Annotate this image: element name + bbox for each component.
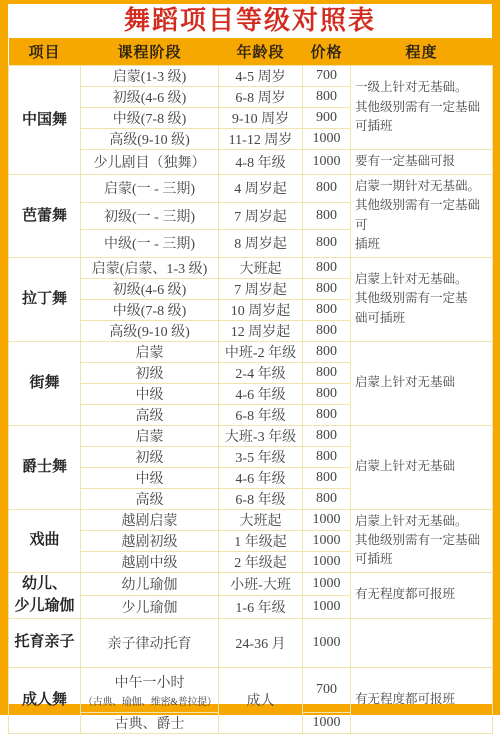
- level-cell: 要有一定基础可报: [351, 150, 493, 175]
- stage-cell: 中级: [81, 467, 219, 488]
- project-cell: 拉丁舞: [9, 257, 81, 341]
- age-cell: 中班-2 年级: [219, 341, 303, 362]
- age-cell: 6-8 年级: [219, 488, 303, 509]
- price-cell: 800: [303, 87, 351, 108]
- table-row: 街舞启蒙中班-2 年级800启蒙上针对无基础: [9, 341, 493, 362]
- age-cell: 4-6 年级: [219, 383, 303, 404]
- price-cell: 800: [303, 362, 351, 383]
- stage-cell: 少儿瑜伽: [81, 595, 219, 618]
- level-cell: 启蒙上针对无基础。 其他级别需有一定基 础可插班: [351, 257, 493, 341]
- column-header: 价格: [303, 38, 351, 66]
- price-cell: 1000: [303, 150, 351, 175]
- poster-frame: 舞蹈项目等级对照表 项目课程阶段年龄段价格程度 中国舞启蒙(1-3 级)4-5 …: [0, 0, 500, 715]
- price-cell: 1000: [303, 618, 351, 667]
- age-cell: 1-6 年级: [219, 595, 303, 618]
- column-header: 程度: [351, 38, 493, 66]
- price-cell: 800: [303, 299, 351, 320]
- price-cell: 800: [303, 202, 351, 230]
- age-cell: 12 周岁起: [219, 320, 303, 341]
- price-cell: 800: [303, 383, 351, 404]
- age-cell: 成人: [219, 667, 303, 733]
- price-cell: 800: [303, 467, 351, 488]
- age-cell: 大班-3 年级: [219, 425, 303, 446]
- project-cell: 成人舞: [9, 667, 81, 733]
- project-cell: 街舞: [9, 341, 81, 425]
- column-header: 年龄段: [219, 38, 303, 66]
- table-row: 爵士舞启蒙大班-3 年级800启蒙上针对无基础: [9, 425, 493, 446]
- age-cell: 2-4 年级: [219, 362, 303, 383]
- stage-cell: 越剧中级: [81, 551, 219, 572]
- age-cell: 4 周岁起: [219, 175, 303, 203]
- age-cell: 大班起: [219, 257, 303, 278]
- price-cell: 800: [303, 230, 351, 258]
- age-cell: 7 周岁起: [219, 202, 303, 230]
- price-cell: 1000: [303, 572, 351, 595]
- level-cell: 启蒙上针对无基础: [351, 425, 493, 509]
- age-cell: 11-12 周岁: [219, 129, 303, 150]
- table-row: 芭蕾舞启蒙(一 - 三期)4 周岁起800启蒙一期针对无基础。 其他级别需有一定…: [9, 175, 493, 203]
- project-cell: 爵士舞: [9, 425, 81, 509]
- price-cell: 800: [303, 341, 351, 362]
- age-cell: 4-5 周岁: [219, 66, 303, 87]
- price-cell: 900: [303, 108, 351, 129]
- stage-cell: 启蒙(1-3 级): [81, 66, 219, 87]
- age-cell: 6-8 年级: [219, 404, 303, 425]
- level-cell: [351, 618, 493, 667]
- price-cell: 700: [303, 667, 351, 712]
- table-row: 少儿剧目（独舞）4-8 年级1000要有一定基础可报: [9, 150, 493, 175]
- age-cell: 3-5 年级: [219, 446, 303, 467]
- age-cell: 小班-大班: [219, 572, 303, 595]
- price-cell: 800: [303, 320, 351, 341]
- stage-cell: 高级(9-10 级): [81, 320, 219, 341]
- price-cell: 1000: [303, 129, 351, 150]
- price-cell: 1000: [303, 509, 351, 530]
- column-header: 课程阶段: [81, 38, 219, 66]
- table-row: 拉丁舞启蒙(启蒙、1-3 级)大班起800启蒙上针对无基础。 其他级别需有一定基…: [9, 257, 493, 278]
- stage-cell: 启蒙(一 - 三期): [81, 175, 219, 203]
- price-cell: 800: [303, 257, 351, 278]
- level-cell: 启蒙上针对无基础: [351, 341, 493, 425]
- stage-cell: 亲子律动托育: [81, 618, 219, 667]
- price-cell: 800: [303, 278, 351, 299]
- age-cell: 24-36 月: [219, 618, 303, 667]
- stage-cell: 越剧初级: [81, 530, 219, 551]
- price-cell: 800: [303, 446, 351, 467]
- stage-cell: 幼儿瑜伽: [81, 572, 219, 595]
- price-cell: 1000: [303, 551, 351, 572]
- stage-cell: 古典、爵士: [81, 712, 219, 733]
- stage-cell: 初级(一 - 三期): [81, 202, 219, 230]
- stage-cell: 中级(7-8 级): [81, 299, 219, 320]
- age-cell: 9-10 周岁: [219, 108, 303, 129]
- price-cell: 800: [303, 488, 351, 509]
- level-cell: 启蒙上针对无基础。 其他级别需有一定基础 可插班: [351, 509, 493, 572]
- stage-cell: 高级: [81, 404, 219, 425]
- age-cell: 7 周岁起: [219, 278, 303, 299]
- price-cell: 700: [303, 66, 351, 87]
- levels-table: 项目课程阶段年龄段价格程度 中国舞启蒙(1-3 级)4-5 周岁700一级上针对…: [8, 38, 493, 734]
- table-row: 成人舞中午一小时（古典、瑜伽、维密&普拉提）成人700有无程度都可报班: [9, 667, 493, 712]
- stage-cell: 启蒙: [81, 425, 219, 446]
- stage-cell: 高级(9-10 级): [81, 129, 219, 150]
- price-cell: 800: [303, 425, 351, 446]
- stage-cell: 初级: [81, 362, 219, 383]
- age-cell: 1 年级起: [219, 530, 303, 551]
- stage-cell: 初级(4-6 级): [81, 278, 219, 299]
- project-cell: 中国舞: [9, 66, 81, 175]
- price-cell: 800: [303, 175, 351, 203]
- stage-cell: 中级(7-8 级): [81, 108, 219, 129]
- table-header-row: 项目课程阶段年龄段价格程度: [9, 38, 493, 66]
- age-cell: 10 周岁起: [219, 299, 303, 320]
- stage-main: 中午一小时: [115, 676, 185, 691]
- age-cell: 8 周岁起: [219, 230, 303, 258]
- price-cell: 800: [303, 404, 351, 425]
- project-cell: 戏曲: [9, 509, 81, 572]
- stage-cell: 中午一小时（古典、瑜伽、维密&普拉提）: [81, 667, 219, 712]
- level-cell: 有无程度都可报班: [351, 572, 493, 618]
- column-header: 项目: [9, 38, 81, 66]
- age-cell: 6-8 周岁: [219, 87, 303, 108]
- age-cell: 4-8 年级: [219, 150, 303, 175]
- stage-cell: 高级: [81, 488, 219, 509]
- project-cell: 芭蕾舞: [9, 175, 81, 258]
- project-cell: 托育亲子: [9, 618, 81, 667]
- age-cell: 2 年级起: [219, 551, 303, 572]
- table-row: 托育亲子亲子律动托育24-36 月1000: [9, 618, 493, 667]
- page-title: 舞蹈项目等级对照表: [8, 4, 492, 38]
- stage-cell: 初级: [81, 446, 219, 467]
- project-cell: 幼儿、 少儿瑜伽: [9, 572, 81, 618]
- age-cell: 4-6 年级: [219, 467, 303, 488]
- level-cell: 一级上针对无基础。 其他级别需有一定基础 可插班: [351, 66, 493, 150]
- level-cell: 启蒙一期针对无基础。 其他级别需有一定基础可 插班: [351, 175, 493, 258]
- stage-cell: 启蒙(启蒙、1-3 级): [81, 257, 219, 278]
- level-cell: 有无程度都可报班: [351, 667, 493, 733]
- table-row: 戏曲越剧启蒙大班起1000启蒙上针对无基础。 其他级别需有一定基础 可插班: [9, 509, 493, 530]
- price-cell: 1000: [303, 595, 351, 618]
- table-row: 幼儿、 少儿瑜伽幼儿瑜伽小班-大班1000有无程度都可报班: [9, 572, 493, 595]
- stage-cell: 中级: [81, 383, 219, 404]
- table-row: 中国舞启蒙(1-3 级)4-5 周岁700一级上针对无基础。 其他级别需有一定基…: [9, 66, 493, 87]
- stage-cell: 越剧启蒙: [81, 509, 219, 530]
- stage-cell: 少儿剧目（独舞）: [81, 150, 219, 175]
- stage-cell: 初级(4-6 级): [81, 87, 219, 108]
- age-cell: 大班起: [219, 509, 303, 530]
- stage-cell: 启蒙: [81, 341, 219, 362]
- stage-cell: 中级(一 - 三期): [81, 230, 219, 258]
- price-cell: 1000: [303, 712, 351, 733]
- price-cell: 1000: [303, 530, 351, 551]
- stage-sub: （古典、瑜伽、维密&普拉提）: [83, 693, 216, 708]
- poster-body: 舞蹈项目等级对照表 项目课程阶段年龄段价格程度 中国舞启蒙(1-3 级)4-5 …: [8, 4, 492, 704]
